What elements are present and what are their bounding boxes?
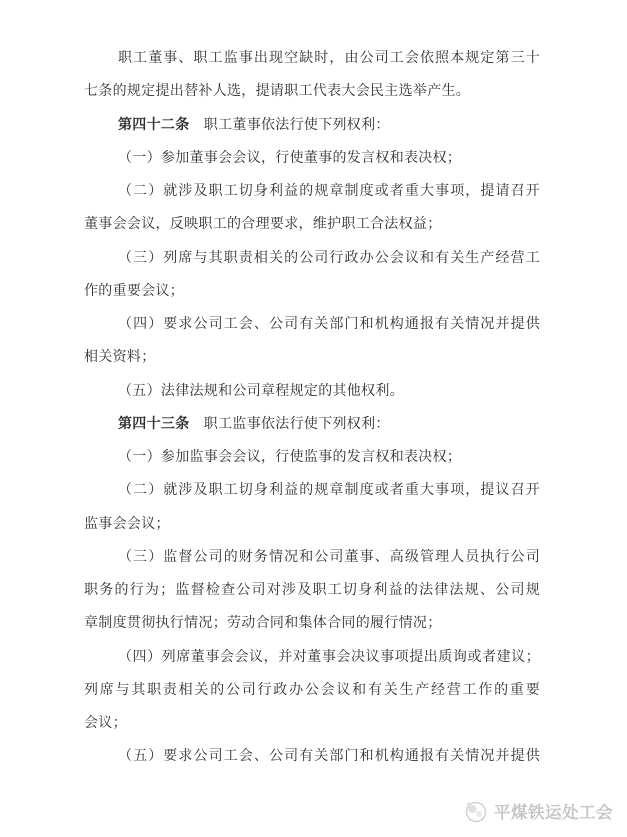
text-run: 职务的行为；监督检查公司对涉及职工切身利益的法律法规、公司规 (84, 583, 540, 598)
text-line: 作的重要会议； (84, 275, 540, 308)
text-run: 董事会会议，反映职工的合理要求，维护职工合法权益； (84, 217, 442, 232)
text-run: 会议； (84, 716, 127, 731)
text-run: （五）要求公司工会、公司有关部门和机构通报有关情况并提供 (118, 749, 540, 764)
text-run: 职工监事依法行使下列权利： (190, 417, 390, 432)
text-line: （五）要求公司工会、公司有关部门和机构通报有关情况并提供 (84, 740, 540, 773)
text-line: 董事会会议，反映职工的合理要求，维护职工合法权益； (84, 208, 540, 241)
text-run: （二）就涉及职工切身利益的规章制度或者重大事项，提议召开 (118, 483, 540, 498)
text-line: （一）参加董事会会议，行使董事的发言权和表决权； (84, 142, 540, 175)
text-line: （五）法律法规和公司章程规定的其他权利。 (84, 375, 540, 408)
text-run: 监事会会议； (84, 517, 170, 532)
text-line: 七条的规定提出替补人选，提请职工代表大会民主选举产生。 (84, 75, 540, 108)
text-run: 作的重要会议； (84, 284, 184, 299)
text-line: （二）就涉及职工切身利益的规章制度或者重大事项，提请召开 (84, 175, 540, 208)
text-run: （二）就涉及职工切身利益的规章制度或者重大事项，提请召开 (118, 184, 540, 199)
text-line: 相关资料； (84, 341, 540, 374)
text-line: 列席与其职责相关的公司行政办公会议和有关生产经营工作的重要 (84, 674, 540, 707)
text-line: 职工董事、职工监事出现空缺时，由公司工会依照本规定第三十 (84, 42, 540, 75)
text-line: （一）参加监事会会议，行使监事的发言权和表决权； (84, 441, 540, 474)
text-line: 监事会会议； (84, 508, 540, 541)
text-run: （四）要求公司工会、公司有关部门和机构通报有关情况并提供 (118, 317, 540, 332)
text-run: （一）参加监事会会议，行使监事的发言权和表决权； (118, 450, 461, 465)
article-number: 第四十三条 (118, 417, 190, 432)
text-run: 职工董事依法行使下列权利： (190, 118, 390, 133)
text-run: 七条的规定提出替补人选，提请职工代表大会民主选举产生。 (84, 84, 470, 99)
text-run: 章制度贯彻执行情况；劳动合同和集体合同的履行情况； (84, 616, 442, 631)
text-run: 相关资料； (84, 350, 156, 365)
text-run: 职工董事、职工监事出现空缺时，由公司工会依照本规定第三十 (118, 51, 540, 66)
text-run: （四）列席董事会会议，并对董事会决议事项提出质询或者建议； (118, 650, 540, 665)
union-emblem-icon (462, 798, 488, 824)
document-body: 职工董事、职工监事出现空缺时，由公司工会依照本规定第三十七条的规定提出替补人选，… (84, 42, 540, 774)
text-line: 职务的行为；监督检查公司对涉及职工切身利益的法律法规、公司规 (84, 574, 540, 607)
article-number: 第四十二条 (118, 118, 190, 133)
text-line: （四）列席董事会会议，并对董事会决议事项提出质询或者建议； (84, 641, 540, 674)
text-run: （三）列席与其职责相关的公司行政办公会议和有关生产经营工 (118, 251, 540, 266)
text-line: 章制度贯彻执行情况；劳动合同和集体合同的履行情况； (84, 607, 540, 640)
text-line: （三）监督公司的财务情况和公司董事、高级管理人员执行公司 (84, 541, 540, 574)
text-line: （三）列席与其职责相关的公司行政办公会议和有关生产经营工 (84, 242, 540, 275)
text-line: （四）要求公司工会、公司有关部门和机构通报有关情况并提供 (84, 308, 540, 341)
text-run: 列席与其职责相关的公司行政办公会议和有关生产经营工作的重要 (84, 683, 540, 698)
watermark-brand-text: 平煤铁运处工会 (494, 799, 613, 823)
text-run: （一）参加董事会会议，行使董事的发言权和表决权； (118, 151, 461, 166)
watermark-footer: 平煤铁运处工会 (462, 798, 613, 824)
text-line: 会议； (84, 707, 540, 740)
document-page: 职工董事、职工监事出现空缺时，由公司工会依照本规定第三十七条的规定提出替补人选，… (0, 0, 627, 837)
text-line: （二）就涉及职工切身利益的规章制度或者重大事项，提议召开 (84, 474, 540, 507)
text-line: 第四十三条 职工监事依法行使下列权利： (84, 408, 540, 441)
text-run: （五）法律法规和公司章程规定的其他权利。 (118, 384, 404, 399)
text-line: 第四十二条 职工董事依法行使下列权利： (84, 109, 540, 142)
text-run: （三）监督公司的财务情况和公司董事、高级管理人员执行公司 (118, 550, 540, 565)
